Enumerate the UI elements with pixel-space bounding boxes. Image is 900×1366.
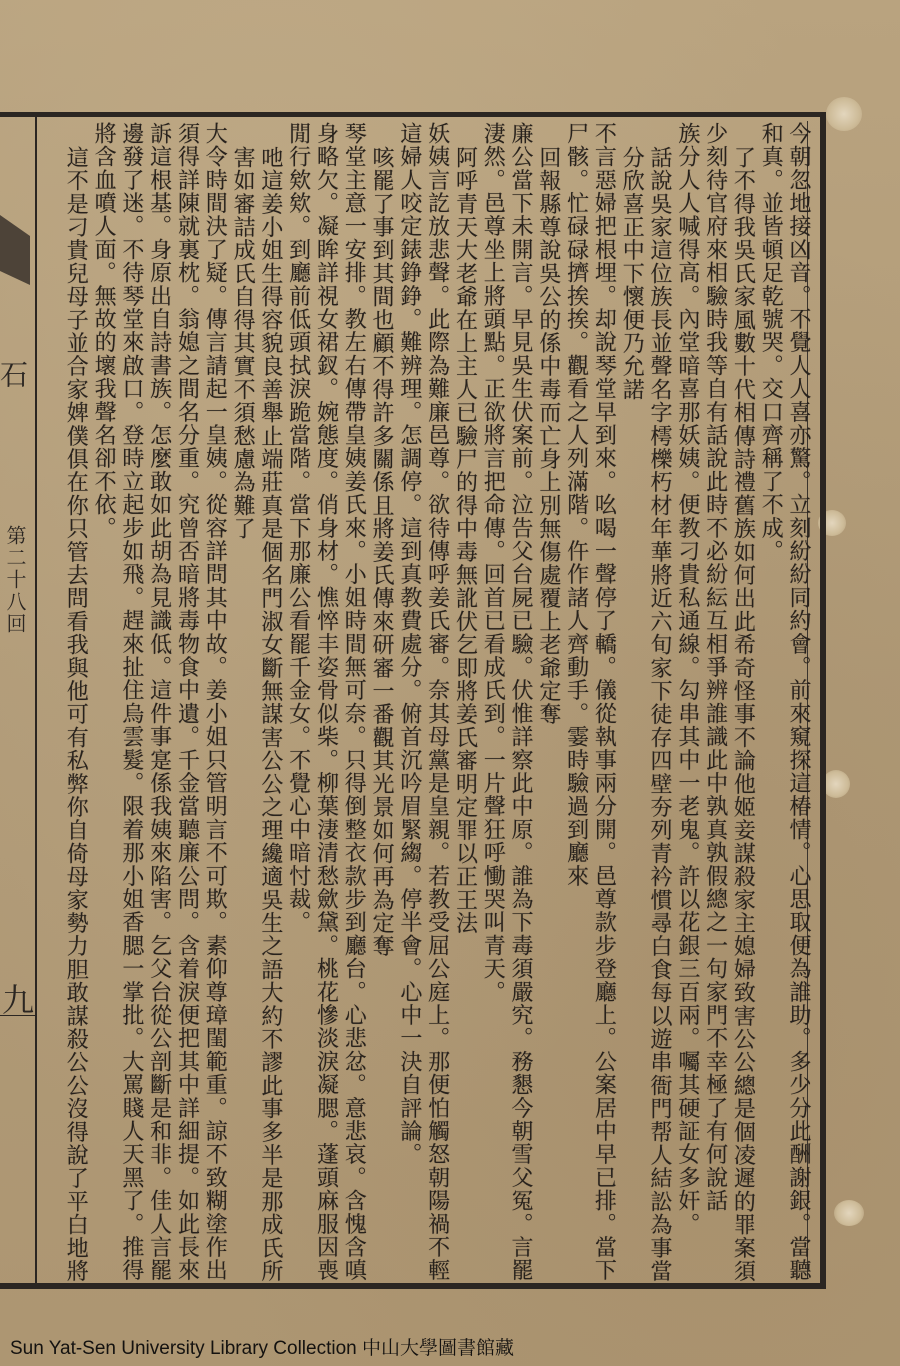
- text-column: 不言惡婦把根埋。却說琴堂早到來。吆喝一聲停了轎。儀從執事兩分開。邑尊款步登廳上。…: [590, 122, 618, 1282]
- text-column: 分欣喜正中下懷便乃允諾: [617, 122, 645, 1282]
- page-number-rule: [0, 1015, 35, 1016]
- text-column: 妖姨言訖放悲聲。此際為難廉邑尊。欲待傳呼姜氏審。奈其母黨是皇親。若教受屈公庭上。…: [423, 122, 451, 1282]
- text-column: 今朝忽地接凶音。不覺人人喜亦驚。立刻紛紛同約會。前來窺探這椿情。心思取便為誰助。…: [784, 122, 812, 1282]
- text-column: 廉公當下未開言。早見吳生伏案前。泣告父台屍已驗。伏惟詳察此中原。誰為下毒須嚴究。…: [506, 122, 534, 1282]
- library-watermark: Sun Yat-Sen University Library Collectio…: [10, 1333, 514, 1360]
- text-column: 族分人人喊得高。內堂暗喜那妖姨。便教刁貴私通線。勾串其中一老鬼。許以花銀三百兩。…: [673, 122, 701, 1282]
- text-column: 和真。並皆頓足乾號哭。交口齊稱了不成。: [756, 122, 784, 1282]
- text-column: 害如審詰成氏自得其實不須愁慮為難了: [228, 122, 256, 1282]
- text-column: 少刻待官府來相驗時我等自有話說此時不必紛紜互相爭辨誰識此中孰真孰假總之一句家門不…: [701, 122, 729, 1282]
- text-column: 身略欠。凝眸詳視女裙釵。婉態度。俏身材。憔悴丰姿骨似柴。柳葉淒清愁歛黛。桃花慘淡…: [312, 122, 340, 1282]
- text-column: 話說吳家這位族長並聲名字樗櫟朽材年華將近六旬家下徒存四壁夯列青衿慣尋白食每以遊串…: [645, 122, 673, 1282]
- text-column: 訴這根基。身原出自詩書族。怎麼敢如此胡為見識低。這件事寔係我姨來陷害。乞父台從公…: [145, 122, 173, 1282]
- book-page: 石 第二十八回 九 今朝忽地接凶音。不覺人人喜亦驚。立刻紛紛同約會。前來窺探這椿…: [0, 0, 900, 1366]
- text-column: 尸骸。忙碌碌擠挨挨。觀看之人列滿階。仵作諸人齊動手。霎時驗過到廳來: [562, 122, 590, 1282]
- text-column: 這婦人咬定錶錚錚。難辨理。怎調停。這到真教費處分。俯首沉吟眉緊縐。停半會。心中一…: [395, 122, 423, 1282]
- worm-hole-top: [826, 97, 862, 131]
- text-column: 將含血噴人面。無故的壞我聲名卻不依。: [89, 122, 117, 1282]
- text-column: 邊發了迷。不待琴堂來啟口。登時立起步如飛。趕來扯住烏雲髮。限着那小姐香腮一掌批。…: [117, 122, 145, 1282]
- text-column: 這不是刁貴兒母子並合家婢僕俱在你只管去問看我與他可有私弊你自倚母家勢力胆敢謀殺公…: [61, 122, 89, 1282]
- text-column: 了不得我吳氏家風數十代相傳詩禮舊族如何出此希奇怪事不論他姬妾謀殺家主媳婦致害公公…: [729, 122, 757, 1282]
- text-column: 琴堂主意一安排。教左右傳帶皇姨姜氏來。小姐時間無可奈。只得倒整衣款步到廳台。心悲…: [339, 122, 367, 1282]
- worm-hole-lower: [822, 770, 850, 798]
- text-column: 咳罷了事到其間也顧不得許多關係且將姜氏傳來研審一番觀其光景如何再為定奪: [367, 122, 395, 1282]
- text-column: 閒行欸欸。到廳前低頭拭淚跪當階。當下那廉公看罷千金女。不覺心中暗忖裁。: [284, 122, 312, 1282]
- text-column: 回報縣尊說吳公的係中毒而亡身上別無傷處覆上老爺定奪: [534, 122, 562, 1282]
- text-columns: 今朝忽地接凶音。不覺人人喜亦驚。立刻紛紛同約會。前來窺探這椿情。心思取便為誰助。…: [61, 122, 812, 1282]
- text-column: 須得詳陳就裏枕。翁媳之間名分重。究曾否暗將毒物食中遺。千金當聽廉公問。含着淚便把…: [173, 122, 201, 1282]
- text-column: 吔這姜小姐生得容貌良善舉止端莊真是個名門淑女斷無謀害公公之理纔適吳生之語大約不謬…: [256, 122, 284, 1282]
- text-column: 阿呼青天大老爺在上主人已驗尸的得中毒無訛伏乞即將姜氏審明定罪以正王法: [451, 122, 479, 1282]
- chapter-label: 第二十八回: [0, 525, 30, 635]
- worm-hole-bottom: [834, 1200, 864, 1226]
- text-column: 大令時間決了疑。傳言請起一皇姨。從容詳問其中故。姜小姐只管明言不可欺。素仰尊璋閨…: [200, 122, 228, 1282]
- margin-divider-line: [35, 112, 37, 1289]
- text-column: 淒然。邑尊坐上將頭點。正欲將言把命傳。回首已看成氏到。一片聲狂呼慟哭叫青天。: [478, 122, 506, 1282]
- margin-book-title: 石: [0, 360, 32, 388]
